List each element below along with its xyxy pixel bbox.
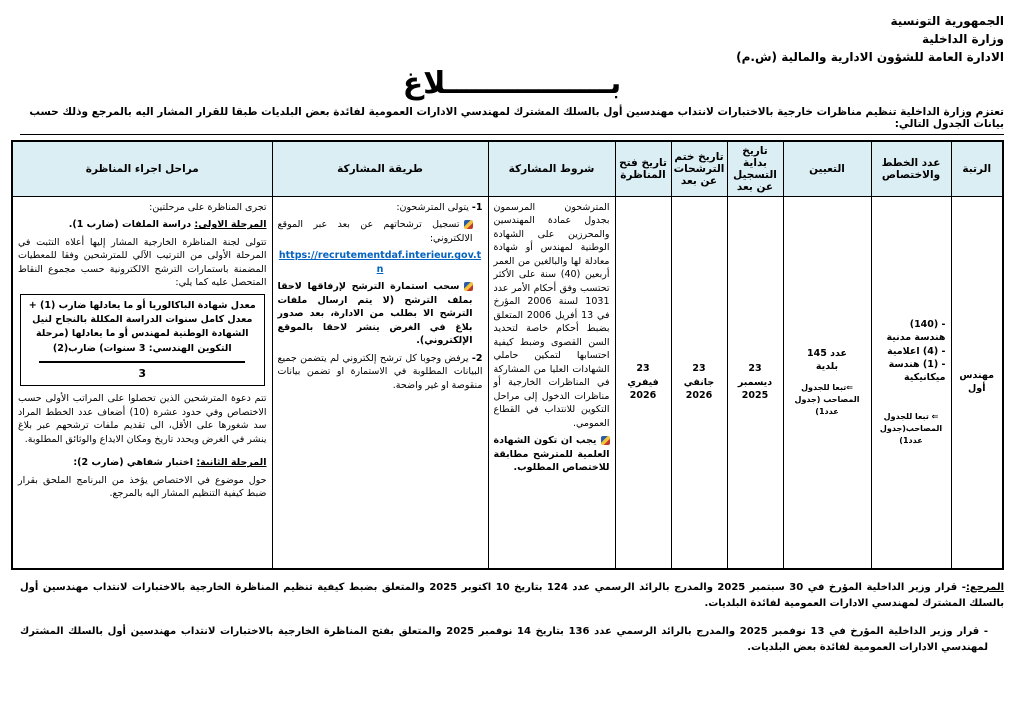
method-bullet-register: تسجيل ترشحاتهم عن بعد عبر الموقع الالكتر… [278, 218, 483, 245]
posts-note: ⇐ تبعا للجدول المصاحب(جدول عدد1) [877, 411, 946, 447]
registration-start-year: 2025 [733, 389, 778, 402]
col-header-assignment: التعيين [783, 141, 871, 197]
reference-1: المرجع:- قرار وزير الداخلية المؤرخ في 30… [20, 580, 1004, 612]
stage-2-label: المرحلة الثانية: [196, 457, 266, 468]
registration-link-line: https://recrutementdaf.interieur.gov.tn [278, 249, 483, 276]
col-header-stages: مراحل اجراء المناظرة [12, 141, 272, 197]
col-header-registration-start: تاريخ بداية التسجيل عن بعد [727, 141, 783, 197]
method-bullet-form: سحب استمارة الترشح لإرفاقها لاحقا بملف ا… [278, 280, 483, 347]
posts-item-civil: - (140) هندسة مدنية [877, 318, 946, 345]
exam-open-year: 2026 [621, 389, 666, 402]
conditions-requirement: يجب ان تكون الشهادة العلمية للمترشح مطاب… [494, 434, 610, 474]
posts-item-mechanical: - (1) هندسة ميكانيكية [877, 358, 946, 385]
conditions-cell: المترشحون المرسمون بجدول عمادة المهندسين… [488, 197, 615, 569]
formula-numerator: معدل شهادة الباكالوريا أو ما يعادلها ضار… [25, 299, 260, 356]
col-header-exam-open: تاريخ فتح المناظرة [615, 141, 671, 197]
assignment-count: عدد 145 [789, 347, 866, 360]
table-body-row: مهندس أول - (140) هندسة مدنية - (4) اعلا… [12, 197, 1003, 569]
stage-1-heading: المرحلة الاولى: دراسة الملفات (ضارب 1). [18, 218, 267, 231]
rank-cell: مهندس أول [951, 197, 1003, 569]
assignment-cell: عدد 145 بلدية ⇐تبعا للجدول المصاحب (جدول… [783, 197, 871, 569]
stages-cell: تجرى المناظرة على مرحلتين: المرحلة الاول… [12, 197, 272, 569]
org-header: الجمهورية التونسية وزارة الداخلية الادار… [20, 12, 1004, 66]
stage-1-description: تتولى لجنة المناظرة الخارجية المشار إليه… [18, 236, 267, 290]
org-line-directorate: الادارة العامة للشؤون الادارية والمالية … [20, 48, 1004, 66]
hand-bullet-icon [601, 436, 610, 445]
document-page: الجمهورية التونسية وزارة الداخلية الادار… [0, 0, 1024, 656]
stage-1-followup: تتم دعوة المترشحين الذين تحصلوا على المر… [18, 392, 267, 446]
col-header-posts: عدد الخطط والاختصاص [871, 141, 951, 197]
registration-close-day: 23 جانفي [677, 362, 722, 389]
registration-start-day: 23 ديسمبر [733, 362, 778, 389]
formula-denominator: 3 [25, 366, 260, 383]
method-item-2-text: يرفض وجوبا كل ترشح إلكتروني لم يتضمن جمي… [278, 353, 483, 391]
references-footer: المرجع:- قرار وزير الداخلية المؤرخ في 30… [20, 580, 1004, 656]
reference-2: - قرار وزير الداخلية المؤرخ في 13 نوفمبر… [20, 624, 1004, 656]
conditions-text: المترشحون المرسمون بجدول عمادة المهندسين… [494, 201, 610, 430]
page-title: بــــــــــــــــلاغ [20, 66, 1004, 102]
fraction-bar [39, 361, 245, 363]
conditions-requirement-text: يجب ان تكون الشهادة العلمية للمترشح مطاب… [494, 435, 610, 473]
col-header-rank: الرتبة [951, 141, 1003, 197]
method-bullet-form-text: سحب استمارة الترشح لإرفاقها لاحقا بملف ا… [278, 281, 473, 346]
stage-2-title: اختبار شفاهي (ضارب 2): [73, 457, 196, 468]
posts-cell: - (140) هندسة مدنية - (4) اعلامية - (1) … [871, 197, 951, 569]
method-item-2-number: 2- [472, 353, 483, 364]
stage-2-heading: المرحلة الثانية: اختبار شفاهي (ضارب 2): [18, 456, 267, 469]
exam-open-day: 23 فيفري [621, 362, 666, 389]
assignment-note: ⇐تبعا للجدول المصاحب (جدول عدد1) [789, 382, 866, 418]
stage-2-description: حول موضوع في الاختصاص يؤخذ من البرنامج ا… [18, 474, 267, 501]
table-header-row: الرتبة عدد الخطط والاختصاص التعيين تاريخ… [12, 141, 1003, 197]
posts-item-it: - (4) اعلامية [877, 345, 946, 358]
col-header-method: طريقة المشاركة [272, 141, 488, 197]
announcement-table: الرتبة عدد الخطط والاختصاص التعيين تاريخ… [11, 140, 1004, 570]
stage-1-title: دراسة الملفات (ضارب 1). [69, 219, 195, 230]
org-line-republic: الجمهورية التونسية [20, 12, 1004, 30]
method-item-1-number: 1- [472, 202, 483, 213]
rank-value: مهندس أول [957, 369, 998, 396]
exam-open-cell: 23 فيفري 2026 [615, 197, 671, 569]
reference-label: المرجع: [966, 582, 1004, 593]
intro-paragraph: تعتزم وزارة الداخلية تنظيم مناظرات خارجي… [20, 106, 1004, 135]
stage-1-label: المرحلة الاولى: [194, 219, 266, 230]
method-item-1: 1- يتولى المترشحون: [278, 201, 483, 214]
registration-start-cell: 23 ديسمبر 2025 [727, 197, 783, 569]
method-bullet-register-text: تسجيل ترشحاتهم عن بعد عبر الموقع الالكتر… [278, 219, 473, 243]
stages-intro: تجرى المناظرة على مرحلتين: [18, 201, 267, 214]
org-line-ministry: وزارة الداخلية [20, 30, 1004, 48]
registration-close-year: 2026 [677, 389, 722, 402]
reference-1-text: - قرار وزير الداخلية المؤرخ في 30 سبتمبر… [20, 582, 1004, 609]
registration-website-link[interactable]: https://recrutementdaf.interieur.gov.tn [279, 250, 481, 274]
col-header-registration-close: تاريخ ختم الترشحات عن بعد [671, 141, 727, 197]
registration-close-cell: 23 جانفي 2026 [671, 197, 727, 569]
col-header-conditions: شروط المشاركة [488, 141, 615, 197]
method-item-1-text: يتولى المترشحون: [396, 202, 469, 213]
method-cell: 1- يتولى المترشحون: تسجيل ترشحاتهم عن بع… [272, 197, 488, 569]
score-formula-box: معدل شهادة الباكالوريا أو ما يعادلها ضار… [20, 294, 265, 387]
hand-bullet-icon [464, 282, 473, 291]
method-item-2: 2- يرفض وجوبا كل ترشح إلكتروني لم يتضمن … [278, 352, 483, 392]
assignment-unit: بلدية [789, 360, 866, 373]
hand-bullet-icon [464, 220, 473, 229]
